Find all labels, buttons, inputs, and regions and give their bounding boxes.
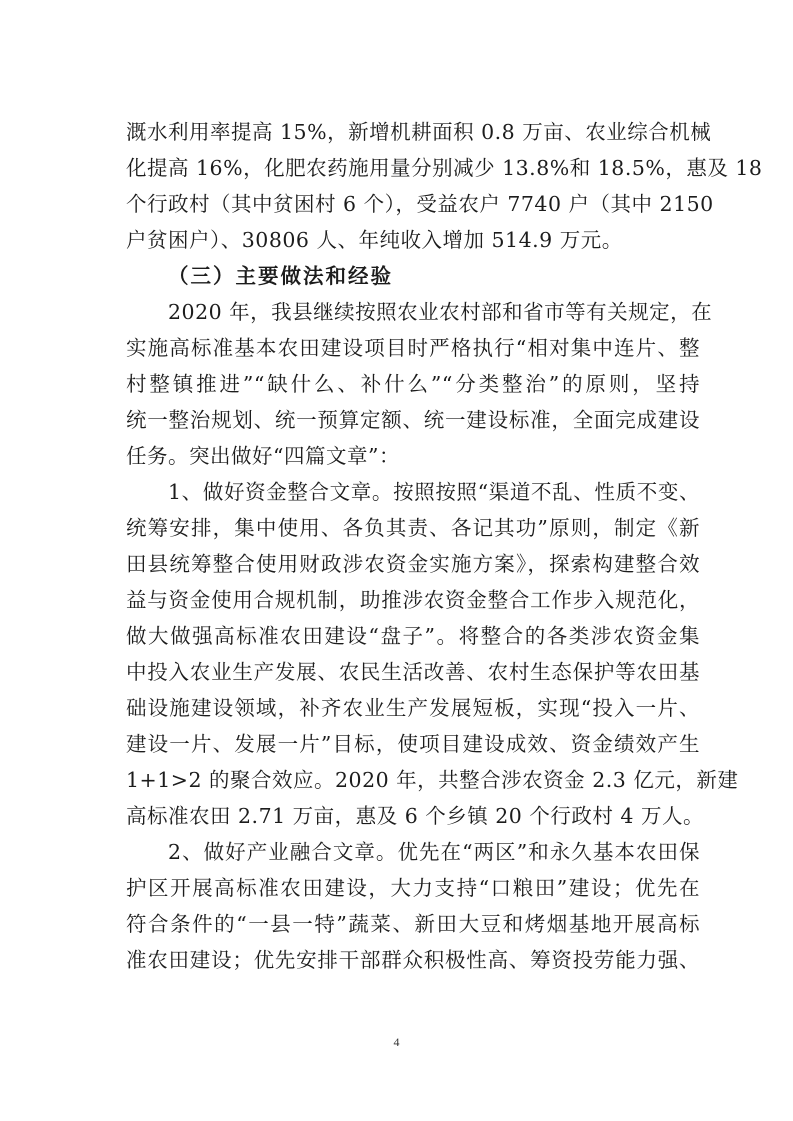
text-line: 准农田建设；优先安排干部群众积极性高、筹资投劳能力强、 (126, 942, 700, 978)
page-number: 4 (0, 1035, 793, 1050)
document-body: 溉水利用率提高 15%，新增机耕面积 0.8 万亩、农业综合机械 化提高 16%… (126, 114, 700, 978)
text-line: 统一整治规划、统一预算定额、统一建设标准，全面完成建设 (126, 402, 700, 438)
text-line: 高标准农田 2.71 万亩，惠及 6 个乡镇 20 个行政村 4 万人。 (126, 798, 700, 834)
text-line: 田县统筹整合使用财政涉农资金实施方案》，探索构建整合效 (126, 546, 700, 582)
text-line: 护区开展高标准农田建设，大力支持“口粮田”建设；优先在 (126, 870, 700, 906)
document-page: 溉水利用率提高 15%，新增机耕面积 0.8 万亩、农业综合机械 化提高 16%… (0, 0, 793, 1121)
text-line: 符合条件的“一县一特”蔬菜、新田大豆和烤烟基地开展高标 (126, 906, 700, 942)
text-line: 中投入农业生产发展、农民生活改善、农村生态保护等农田基 (126, 654, 700, 690)
text-line: 村整镇推进”“缺什么、补什么”“分类整治”的原则，坚持 (126, 366, 700, 402)
text-line: 实施高标准基本农田建设项目时严格执行“相对集中连片、整 (126, 330, 700, 366)
text-line: 做大做强高标准农田建设“盘子”。将整合的各类涉农资金集 (126, 618, 700, 654)
text-line: 个行政村（其中贫困村 6 个），受益农户 7740 户（其中 2150 (126, 186, 700, 222)
text-line: 户贫困户）、30806 人、年纯收入增加 514.9 万元。 (126, 222, 700, 258)
text-line: 础设施建设领域，补齐农业生产发展短板，实现“投入一片、 (126, 690, 700, 726)
paragraph-start: 1、做好资金整合文章。按照按照“渠道不乱、性质不变、 (126, 474, 700, 510)
text-line: 益与资金使用合规机制，助推涉农资金整合工作步入规范化， (126, 582, 700, 618)
paragraph-start: 2、做好产业融合文章。优先在“两区”和永久基本农田保 (126, 834, 700, 870)
text-line: 建设一片、发展一片”目标，使项目建设成效、资金绩效产生 (126, 726, 700, 762)
paragraph-start: 2020 年，我县继续按照农业农村部和省市等有关规定，在 (126, 294, 700, 330)
text-line: 统筹安排，集中使用、各负其责、各记其功”原则，制定《新 (126, 510, 700, 546)
text-line: 1+1>2 的聚合效应。2020 年，共整合涉农资金 2.3 亿元，新建 (126, 762, 700, 798)
text-line: 化提高 16%，化肥农药施用量分别减少 13.8%和 18.5%，惠及 18 (126, 150, 700, 186)
text-line: 任务。突出做好“四篇文章”： (126, 438, 700, 474)
section-heading: （三）主要做法和经验 (126, 258, 700, 294)
text-line: 溉水利用率提高 15%，新增机耕面积 0.8 万亩、农业综合机械 (126, 114, 700, 150)
